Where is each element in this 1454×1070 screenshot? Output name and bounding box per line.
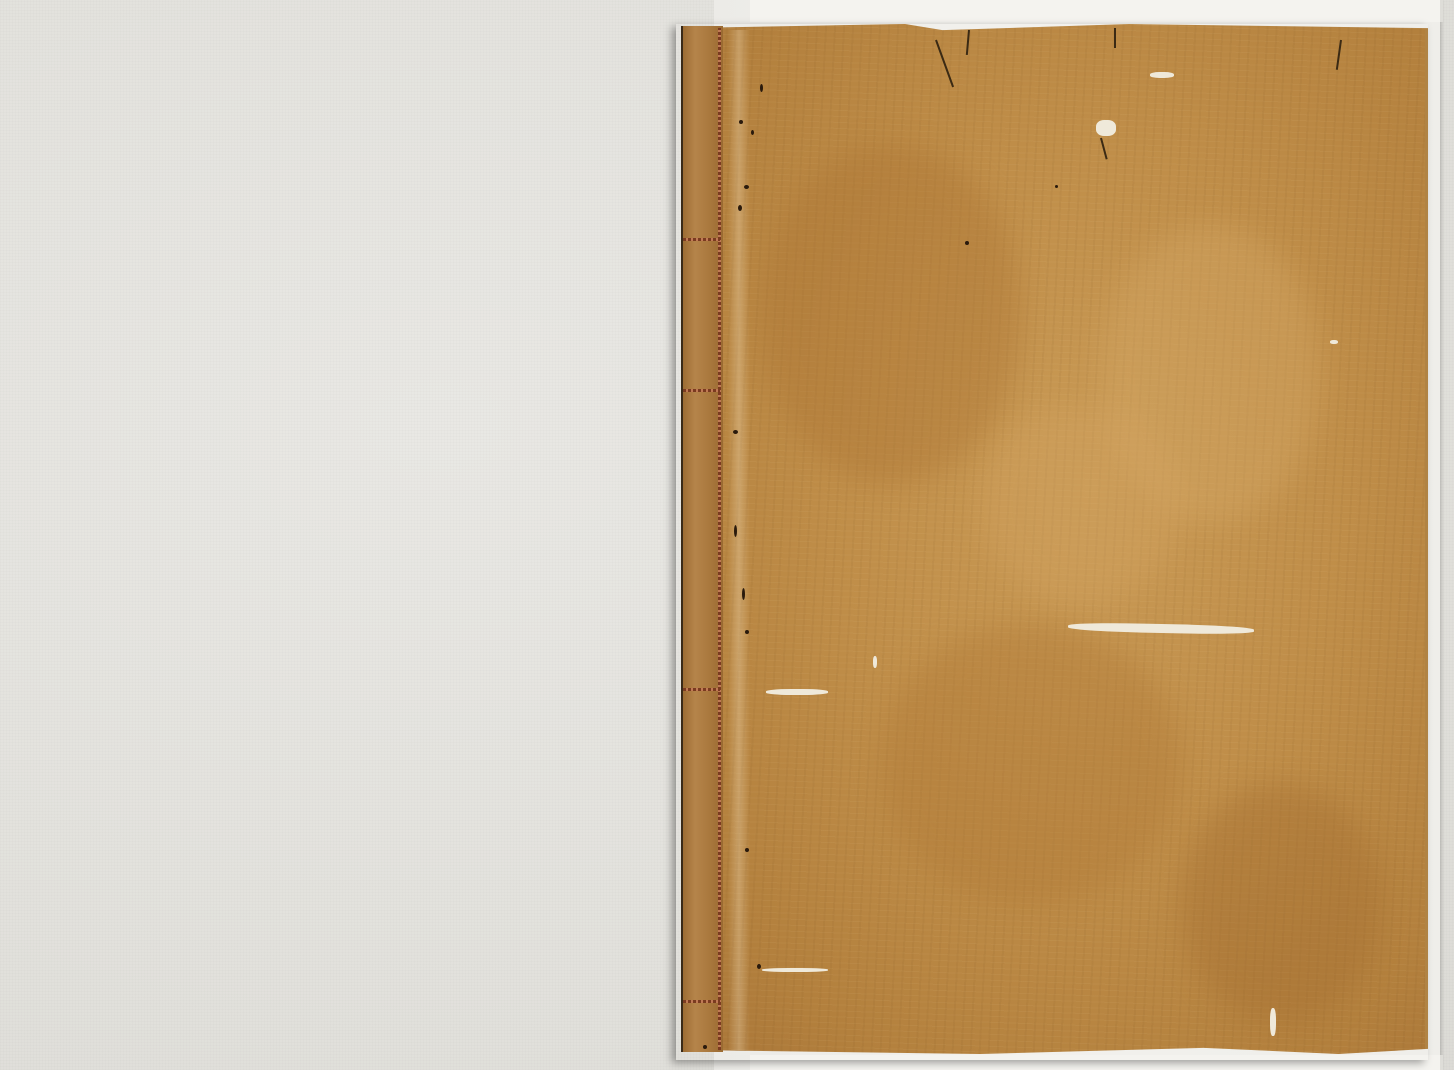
wormhole [744, 185, 749, 189]
binding-stitch [683, 688, 720, 691]
spine-gloss [728, 30, 750, 1050]
book-spine-strip [681, 26, 723, 1052]
stain [981, 404, 1181, 604]
binding-thread-vertical [718, 28, 721, 1050]
binding-stitch [683, 389, 720, 392]
wormhole [739, 120, 743, 124]
edge-crack [1114, 28, 1116, 48]
book-cover [681, 24, 1428, 1054]
paper-tear [766, 689, 828, 695]
wormhole [760, 84, 763, 92]
wormhole [734, 525, 737, 537]
paper-tear [873, 656, 877, 668]
paper-tear [762, 968, 828, 972]
stain [761, 144, 1021, 484]
wormhole [965, 241, 969, 245]
wormhole [745, 630, 749, 634]
paper-tear [1270, 1008, 1276, 1036]
wormhole [1055, 185, 1058, 188]
backing-board-top-edge [750, 0, 1443, 22]
paper-tear [1150, 72, 1174, 78]
stain [881, 624, 1181, 904]
binding-stitch [683, 238, 720, 241]
paper-tear [1096, 120, 1116, 136]
wormhole [733, 430, 738, 434]
wormhole [742, 588, 745, 600]
wormhole [757, 964, 761, 969]
wormhole [738, 205, 742, 211]
binding-stitch [683, 1000, 720, 1003]
wormhole [703, 1045, 707, 1049]
paper-tear [1330, 340, 1338, 344]
wormhole [745, 848, 749, 852]
stain [1181, 784, 1381, 1024]
wormhole [751, 130, 754, 135]
